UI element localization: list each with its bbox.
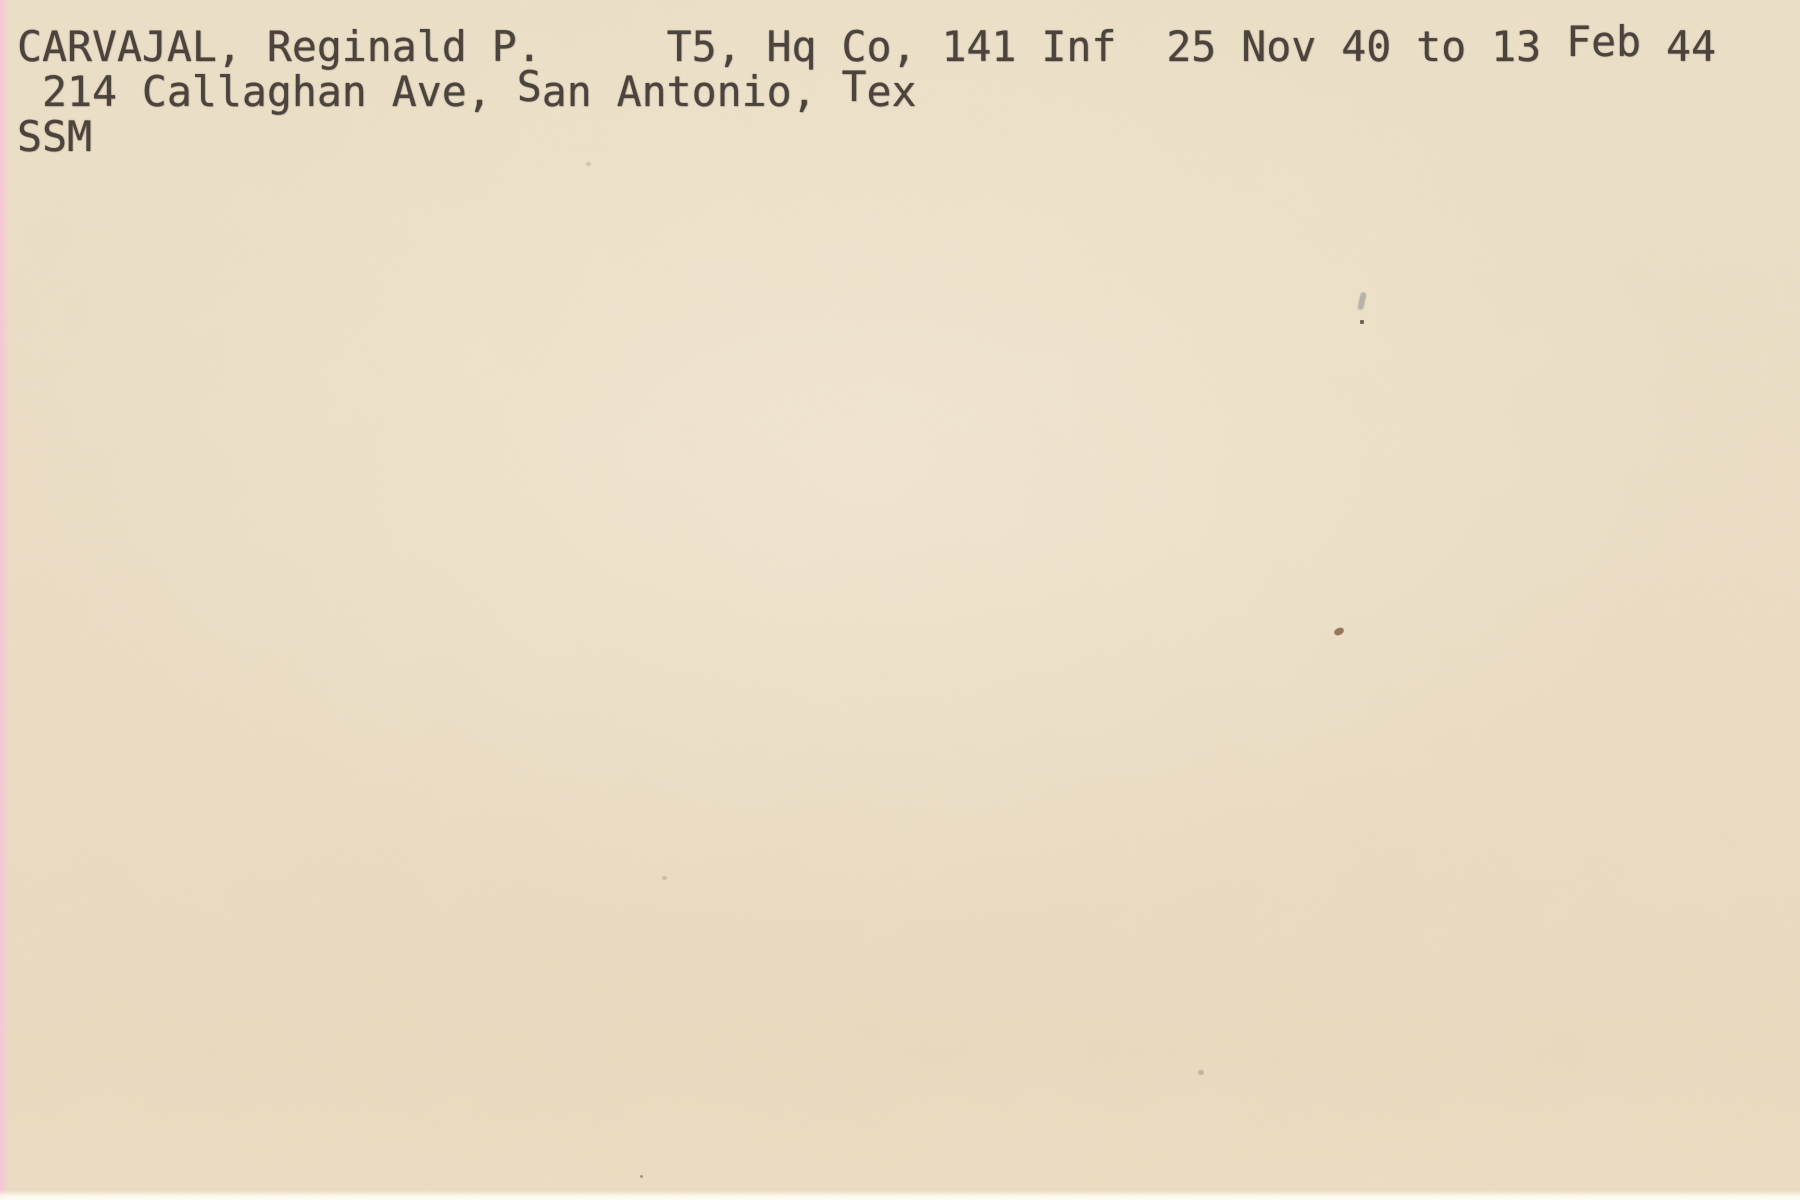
typed-segment: CARVAJAL, Reginald P. <box>17 24 542 69</box>
scan-edge-bottom-strip <box>0 1190 1800 1200</box>
typed-text-block: CARVAJAL, Reginald P. T5, Hq Co, 141 Inf… <box>17 24 1716 159</box>
typed-segment: T <box>842 64 867 109</box>
typed-segment: 44 <box>1641 24 1716 69</box>
typed-segment: 214 Callaghan Ave, <box>17 69 517 114</box>
paper-speck-brown <box>1333 627 1345 637</box>
typed-segment: SSM <box>17 114 92 159</box>
paper-smudge-gray <box>1357 292 1367 311</box>
typed-segment: ex <box>867 69 917 114</box>
typed-segment: an Antonio, <box>542 69 842 114</box>
typed-segment: Feb <box>1566 19 1641 64</box>
typed-line-address: 214 Callaghan Ave, San Antonio, Tex <box>17 69 1716 114</box>
scan-edge-pink-strip <box>0 0 9 1200</box>
scanned-index-card: CARVAJAL, Reginald P. T5, Hq Co, 141 Inf… <box>0 0 1800 1200</box>
typed-line-notation: SSM <box>17 114 1716 159</box>
paper-speck-tiny <box>640 1175 643 1178</box>
paper-speck-faint <box>662 876 667 880</box>
typed-segment: T5, Hq Co, 141 Inf 25 Nov 40 to 13 <box>542 24 1566 69</box>
paper-speck-dark <box>1360 320 1364 324</box>
paper-speck-gray <box>1198 1070 1204 1075</box>
paper-speck-wisp <box>586 162 591 166</box>
paper-grain-texture <box>0 0 1800 1200</box>
typed-segment: S <box>517 64 542 109</box>
